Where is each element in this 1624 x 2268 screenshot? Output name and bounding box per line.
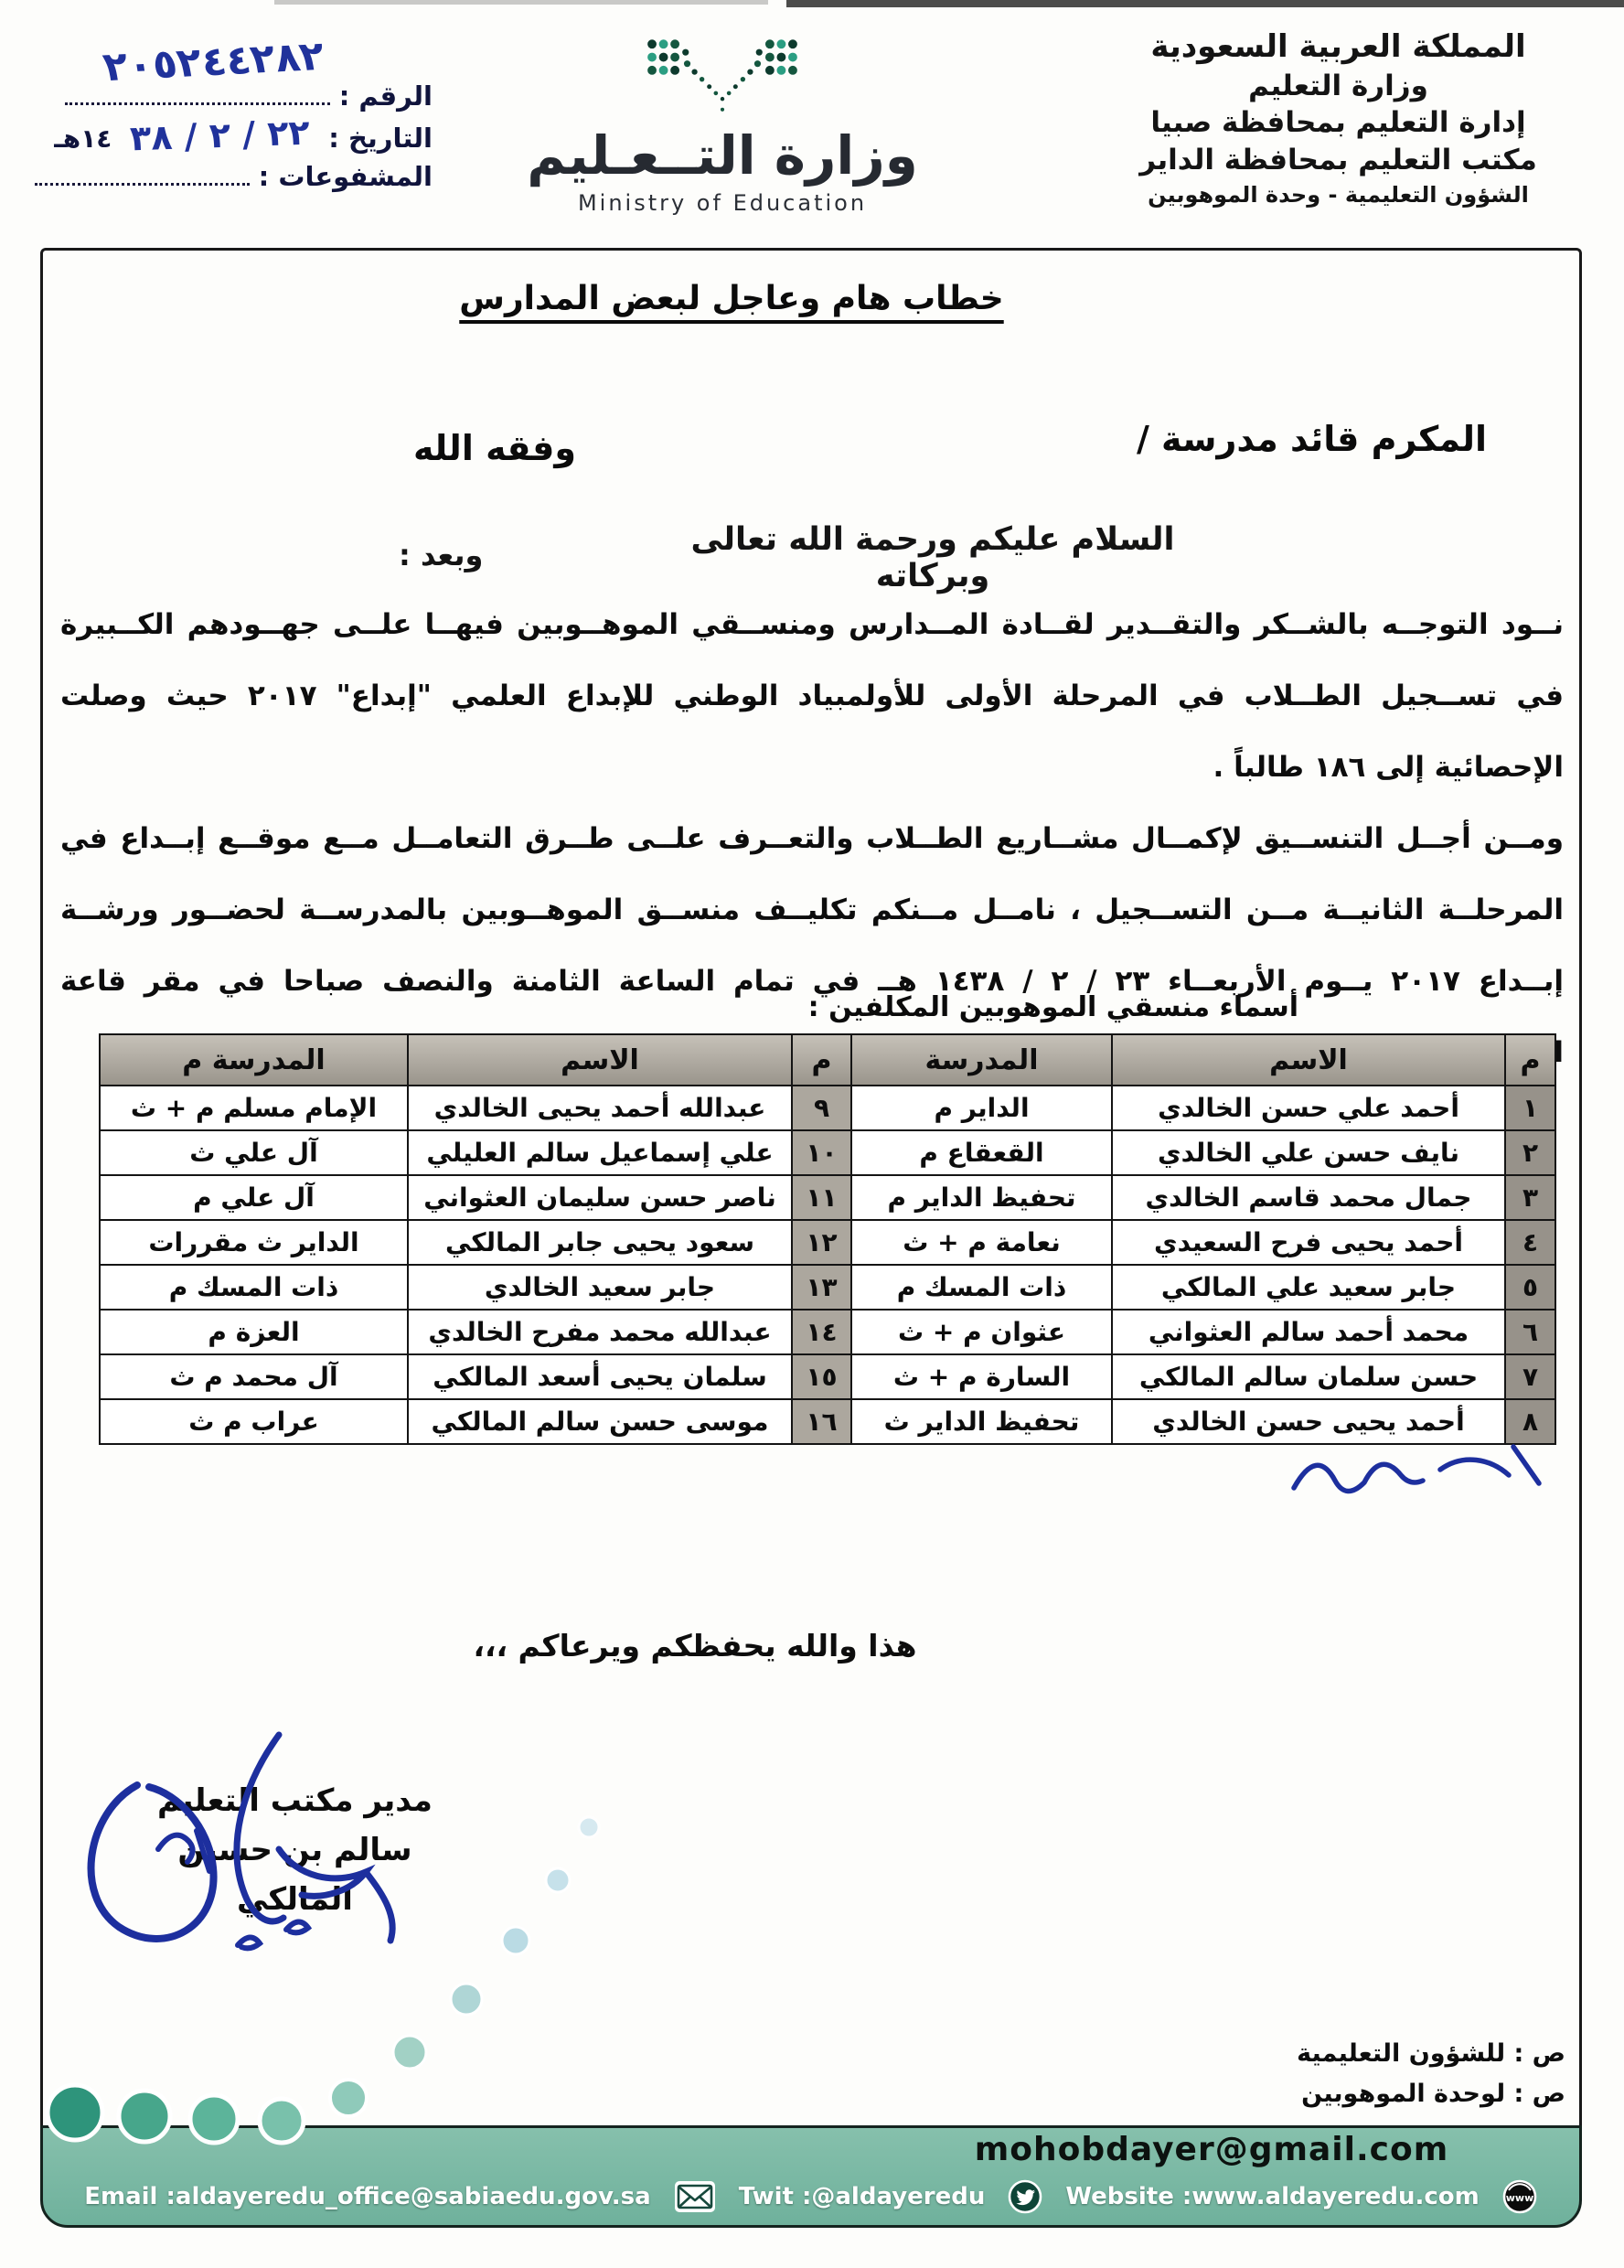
salutation-text: السلام عليكم ورحمة الله تعالى وبركاته (640, 521, 1225, 594)
header-name-2: الاسم (408, 1034, 792, 1086)
addressee-line: المكرم قائد مدرسة / (1137, 419, 1487, 459)
ref-date-row: التاريخ : ٢٢ / ٢ / ٣٨ ١٤هـ (26, 115, 433, 155)
blessing-text: وفقه الله (413, 428, 576, 468)
footer-contact-row: Email :aldayeredu_office@sabiaedu.gov.sa… (40, 2178, 1582, 2215)
logo-subtitle-en: Ministry of Education (439, 190, 1006, 216)
ministry-logo: وزارة التــعـليم Ministry of Education (439, 31, 1006, 216)
copy-note-educational-affairs: ص : للشؤون التعليمية (1297, 2034, 1565, 2074)
table-row: ١ أحمد علي حسن الخالدي الداير م ٩ عبدالل… (100, 1086, 1555, 1130)
ref-date-hijri-suffix: ١٤هـ (54, 123, 112, 154)
org-header-block: المملكة العربية السعودية وزارة التعليم إ… (1089, 26, 1587, 210)
cell-num-2: ١٦ (792, 1399, 851, 1444)
closing-text: هذا والله يحفظكم ويرعاكم ،،، (439, 1628, 951, 1664)
cell-num-2: ١١ (792, 1175, 851, 1220)
after-salutation-text: وبعد : (399, 538, 483, 572)
header-name-1: الاسم (1112, 1034, 1505, 1086)
ink-initials-scribble (1280, 1419, 1555, 1520)
ref-date-label: التاريخ : (328, 123, 433, 154)
twitter-icon (1007, 2178, 1043, 2215)
table-body: ١ أحمد علي حسن الخالدي الداير م ٩ عبدالل… (100, 1086, 1555, 1444)
cell-name-1: نايف حسن علي الخالدي (1112, 1130, 1505, 1175)
cell-num-2: ١٢ (792, 1220, 851, 1265)
header-num-1: م (1505, 1034, 1555, 1086)
org-country: المملكة العربية السعودية (1089, 26, 1587, 68)
org-administration: إدارة التعليم بمحافظة صبيا (1089, 104, 1587, 142)
cell-school-1: ذات المسك م (851, 1265, 1112, 1310)
table-row: ٥ جابر سعيد علي المالكي ذات المسك م ١٣ ج… (100, 1265, 1555, 1310)
cell-num-1: ٧ (1505, 1354, 1555, 1399)
ref-attachments-line (35, 155, 250, 186)
cell-num-1: ١ (1505, 1086, 1555, 1130)
envelope-icon (673, 2178, 717, 2215)
gmail-address: mohobdayer@gmail.com (937, 2131, 1486, 2168)
cell-school-1: الداير م (851, 1086, 1112, 1130)
cell-name-1: حسن سلمان سالم المالكي (1112, 1354, 1505, 1399)
org-ministry: وزارة التعليم (1089, 68, 1587, 104)
cell-school-1: نعامة م + ث (851, 1220, 1112, 1265)
cell-num-1: ٣ (1505, 1175, 1555, 1220)
cell-school-1: عثوان م + ث (851, 1310, 1112, 1354)
cell-num-2: ١٤ (792, 1310, 851, 1354)
cell-name-2: سعود يحيى جابر المالكي (408, 1220, 792, 1265)
cell-school-2: عراب م ث (100, 1399, 408, 1444)
coordinators-list-intro: أسماء منسقي الموهوبين المكلفين : (808, 991, 1298, 1023)
header-school-2: المدرسة م (100, 1034, 408, 1086)
cell-name-2: جابر سعيد الخالدي (408, 1265, 792, 1310)
cell-school-1: القعقاع م (851, 1130, 1112, 1175)
cell-name-2: عبدالله محمد مفرح الخالدي (408, 1310, 792, 1354)
svg-text:www: www (1506, 2192, 1534, 2204)
cell-name-1: جابر سعيد علي المالكي (1112, 1265, 1505, 1310)
ref-number-label: الرقم : (339, 80, 433, 112)
cell-num-2: ١٠ (792, 1130, 851, 1175)
reference-block: الرقم : ٢٠٥٢٤٤٢٨٢ التاريخ : ٢٢ / ٢ / ٣٨ … (26, 75, 433, 196)
cell-school-2: الداير ث مقررات (100, 1220, 408, 1265)
org-office: مكتب التعليم بمحافظة الداير (1089, 142, 1587, 179)
www-icon: www (1501, 2178, 1538, 2215)
table-row: ٢ نايف حسن علي الخالدي القعقاع م ١٠ علي … (100, 1130, 1555, 1175)
cell-num-2: ١٣ (792, 1265, 851, 1310)
table-header-row: م الاسم المدرسة م الاسم المدرسة م (100, 1034, 1555, 1086)
paragraph-1: نــود التوجــه بالشــكر والتقــدير لقــا… (60, 589, 1564, 803)
cell-num-1: ٤ (1505, 1220, 1555, 1265)
coordinators-table: م الاسم المدرسة م الاسم المدرسة م ١ أحمد… (99, 1033, 1556, 1445)
cell-name-1: جمال محمد قاسم الخالدي (1112, 1175, 1505, 1220)
cell-school-2: ذات المسك م (100, 1265, 408, 1310)
cell-name-2: عبدالله أحمد يحيى الخالدي (408, 1086, 792, 1130)
table-row: ٤ أحمد يحيى فرح السعيدي نعامة م + ث ١٢ س… (100, 1220, 1555, 1265)
ref-number-handwritten: ٢٠٥٢٤٤٢٨٢ (100, 33, 327, 91)
header-school-1: المدرسة (851, 1034, 1112, 1086)
cell-num-1: ٢ (1505, 1130, 1555, 1175)
copy-notes: ص : للشؤون التعليمية ص : لوحدة الموهوبين (1297, 2034, 1565, 2114)
cell-school-2: آل علي م (100, 1175, 408, 1220)
logo-wordmark: وزارة التــعـليم (439, 124, 1006, 187)
cell-num-1: ٥ (1505, 1265, 1555, 1310)
table-row: ٣ جمال محمد قاسم الخالدي تحفيظ الداير م … (100, 1175, 1555, 1220)
cell-school-1: السارة م + ث (851, 1354, 1112, 1399)
cell-school-2: آل محمد م ث (100, 1354, 408, 1399)
scan-artifact (274, 0, 768, 5)
footer-email-label: Email :aldayeredu_office@sabiaedu.gov.sa (84, 2183, 650, 2210)
ref-number-row: الرقم : ٢٠٥٢٤٤٢٨٢ (26, 75, 433, 115)
table-row: ٧ حسن سلمان سالم المالكي السارة م + ث ١٥… (100, 1354, 1555, 1399)
cell-school-2: آل علي ث (100, 1130, 408, 1175)
cell-school-2: العزة م (100, 1310, 408, 1354)
org-unit: الشؤون التعليمية - وحدة الموهوبين (1089, 179, 1587, 210)
letter-subject: خطاب هام وعاجل لبعض المدارس (274, 280, 1189, 317)
cell-name-2: ناصر حسن سليمان العثواني (408, 1175, 792, 1220)
cell-name-2: موسى حسن سالم المالكي (408, 1399, 792, 1444)
decorative-dots (27, 1783, 668, 2167)
cell-name-2: علي إسماعيل سالم العليلي (408, 1130, 792, 1175)
cell-name-2: سلمان يحيى أسعد المالكي (408, 1354, 792, 1399)
cell-school-2: الإمام مسلم م + ث (100, 1086, 408, 1130)
ref-attachments-label: المشفوعات : (259, 161, 433, 192)
header-num-2: م (792, 1034, 851, 1086)
copy-note-gifted-unit: ص : لوحدة الموهوبين (1297, 2074, 1565, 2114)
ref-date-handwritten: ٢٢ / ٢ / ٣٨ (130, 112, 311, 159)
scanned-letter-page: المملكة العربية السعودية وزارة التعليم إ… (0, 0, 1624, 2268)
cell-school-1: تحفيظ الداير م (851, 1175, 1112, 1220)
scan-artifact (786, 0, 1624, 7)
cell-name-1: أحمد علي حسن الخالدي (1112, 1086, 1505, 1130)
cell-num-2: ٩ (792, 1086, 851, 1130)
cell-num-2: ١٥ (792, 1354, 851, 1399)
cell-name-1: محمد أحمد سالم العثواني (1112, 1310, 1505, 1354)
cell-school-1: تحفيظ الداير ث (851, 1399, 1112, 1444)
table-row: ٦ محمد أحمد سالم العثواني عثوان م + ث ١٤… (100, 1310, 1555, 1354)
ref-attachments-row: المشفوعات : (26, 155, 433, 196)
footer-website-label: Website :www.aldayeredu.com (1065, 2183, 1479, 2210)
ministry-logo-dots-icon (645, 31, 800, 123)
cell-num-1: ٦ (1505, 1310, 1555, 1354)
ref-number-line: ٢٠٥٢٤٤٢٨٢ (65, 75, 330, 105)
cell-name-1: أحمد يحيى فرح السعيدي (1112, 1220, 1505, 1265)
footer-twitter-label: Twit :@aldayeredu (739, 2183, 986, 2210)
